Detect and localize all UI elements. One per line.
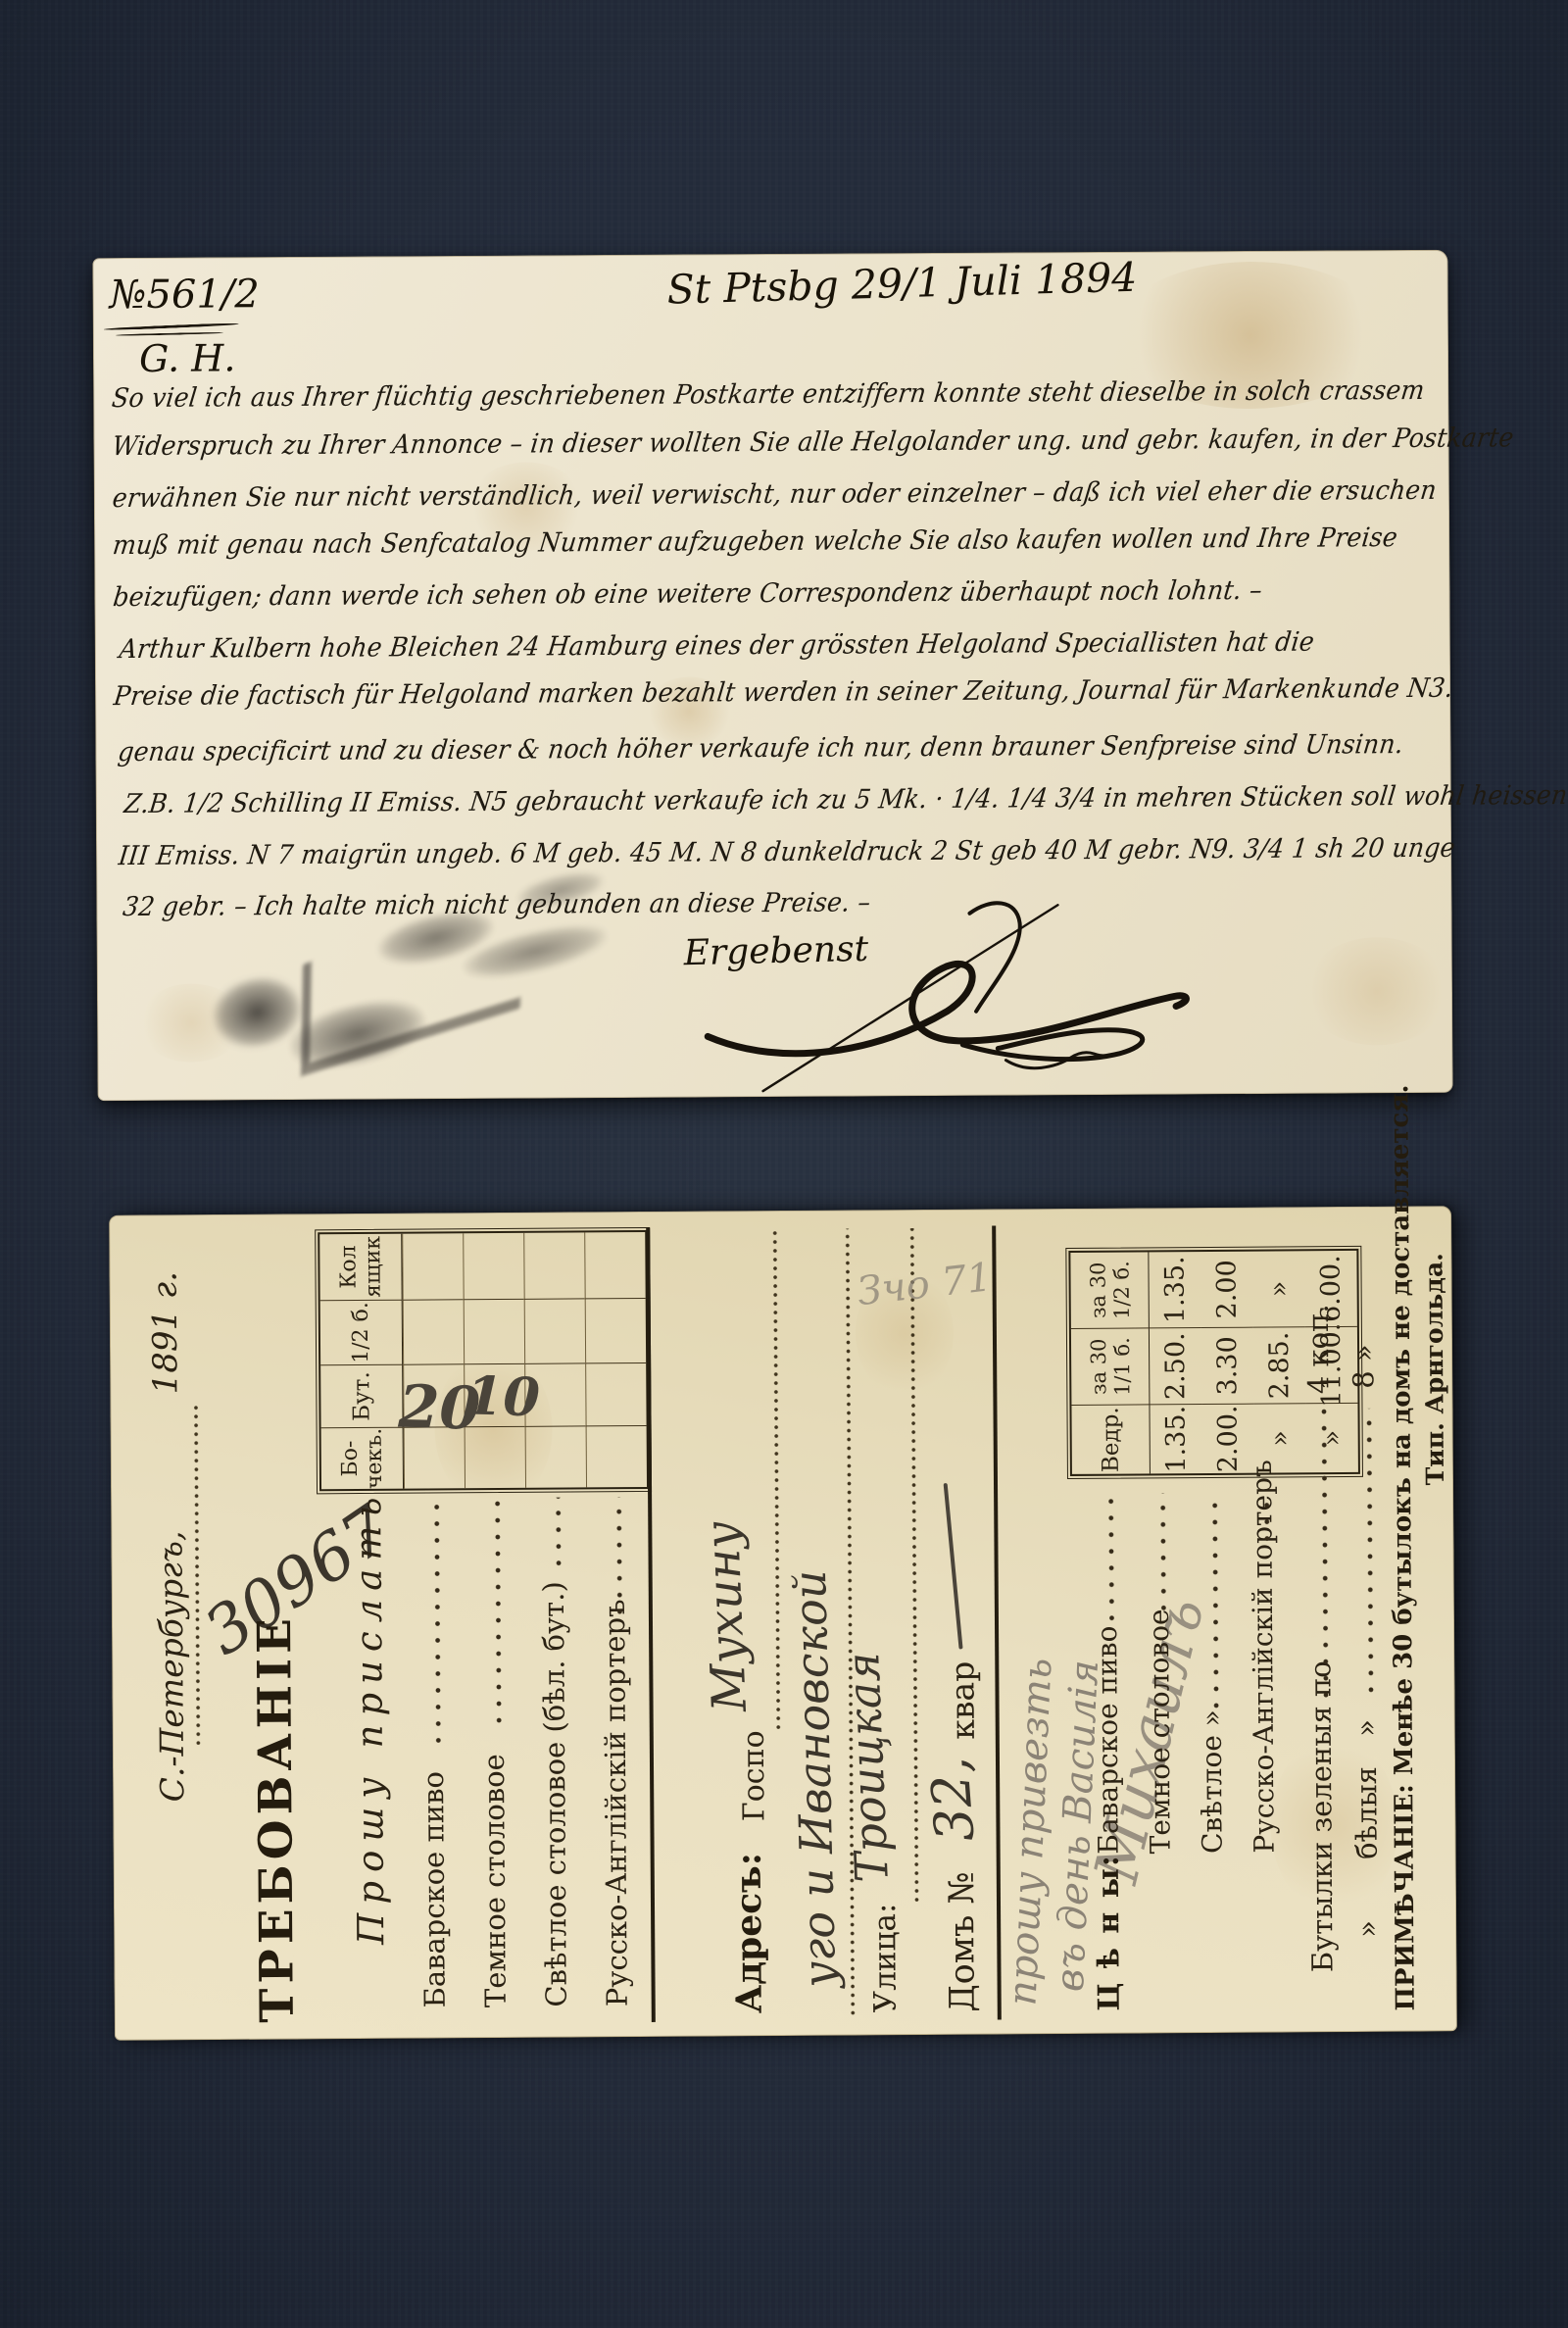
dot-leader bbox=[433, 1498, 442, 1743]
letter-line: So viel ich aus Ihrer flüchtig geschrieb… bbox=[110, 375, 1426, 414]
dot-leader bbox=[1211, 1493, 1220, 1709]
order-cell bbox=[585, 1363, 646, 1426]
order-cell bbox=[463, 1233, 523, 1300]
form-subtitle: Прошу прислать bbox=[347, 1488, 392, 1945]
order-item: Свѣтлое столовое (бѣл. бут.) bbox=[537, 1581, 573, 2007]
dot-leader bbox=[1365, 1409, 1374, 1693]
bottles-line-price: 4 коп. bbox=[1301, 1304, 1336, 1394]
street-handwritten: Троицкая bbox=[836, 1651, 899, 1883]
order-table: Бо- чекъ. Бут. 1/2 б. Кол ящик bbox=[318, 1230, 649, 1491]
salutation: G. H. bbox=[139, 336, 236, 380]
top-postcard: №561/2 G. H. St Ptsbg 29/1 Juli 1894 So … bbox=[92, 250, 1452, 1101]
order-cell bbox=[586, 1426, 647, 1487]
order-item: Темное столовое bbox=[477, 1754, 513, 2007]
bottles-line-label: бѣлыя bbox=[1349, 1766, 1384, 1859]
dateline-dotted-rule bbox=[193, 1402, 200, 1745]
price-cell: 2.50. bbox=[1150, 1328, 1202, 1405]
dateline: St Ptsbg 29/1 Juli 1894 bbox=[666, 254, 1138, 314]
address-prefix: Госпо bbox=[737, 1730, 772, 1821]
price-cell: » bbox=[1305, 1404, 1357, 1472]
price-cell: 3.30 bbox=[1201, 1328, 1254, 1405]
order-table-header: Бо- чекъ. bbox=[321, 1428, 404, 1490]
bottles-line-price: 8 » bbox=[1347, 1344, 1380, 1389]
order-cell bbox=[584, 1232, 645, 1299]
dot-leader bbox=[555, 1498, 562, 1566]
letter-line: III Emiss. N 7 maigrün ungeb. 6 M geb. 4… bbox=[117, 833, 1456, 871]
address-label: Адресъ: bbox=[728, 1853, 770, 2014]
order-cell bbox=[403, 1300, 464, 1364]
price-item: Темное столовое bbox=[1143, 1609, 1177, 1854]
horizontal-rule bbox=[646, 1228, 656, 2022]
ditto-mark: » bbox=[1349, 1719, 1383, 1737]
price-table-header: за 30 1/1 б. bbox=[1071, 1328, 1151, 1406]
order-cell bbox=[464, 1300, 524, 1364]
order-table-header: 1/2 б. bbox=[320, 1301, 403, 1366]
order-cell bbox=[525, 1426, 586, 1487]
dot-leader bbox=[1159, 1493, 1167, 1610]
order-item: Русско-Англійскій портеръ bbox=[598, 1599, 634, 2006]
order-cell bbox=[523, 1232, 584, 1299]
form-title: ТРЕБОВАНІЕ bbox=[248, 1613, 305, 2023]
addressee-handwritten: Мухину bbox=[695, 1520, 758, 1713]
price-cell: » bbox=[1253, 1404, 1305, 1472]
ditto-mark: » bbox=[1350, 1920, 1384, 1938]
dot-leader bbox=[1263, 1493, 1270, 1542]
city-label: С.-Петербургъ, bbox=[151, 1531, 191, 1803]
horizontal-rule bbox=[992, 1225, 1002, 2019]
reference-underline bbox=[104, 322, 239, 331]
order-item: Баварское пиво bbox=[416, 1771, 452, 2008]
street-label: Улица: bbox=[867, 1904, 904, 2013]
ink-blot bbox=[514, 866, 607, 915]
reference-underline bbox=[116, 331, 223, 336]
order-cell bbox=[585, 1299, 646, 1363]
bottles-line-label: Бутылки зеленыя по bbox=[1303, 1660, 1339, 1972]
address-dotted-rule bbox=[772, 1229, 781, 1729]
letter-line: beizufügen; dann werde ich sehen ob eine… bbox=[112, 575, 1264, 613]
price-cell: 2.00. bbox=[1201, 1405, 1253, 1473]
price-cell: 2.00 bbox=[1200, 1252, 1253, 1328]
signature-flourish-icon bbox=[646, 894, 1215, 1094]
address-dotted-rule bbox=[845, 1229, 856, 2015]
price-table-header: за 30 1/2 б. bbox=[1070, 1252, 1150, 1329]
house-label: Домъ № bbox=[943, 1871, 983, 2012]
prices-label: Ц ѣ н ы: bbox=[1092, 1854, 1127, 2011]
dot-leader bbox=[1107, 1494, 1115, 1621]
letter-line: Arthur Kulbern hohe Bleichen 24 Hamburg … bbox=[118, 627, 1316, 665]
order-cell bbox=[402, 1233, 463, 1300]
order-cell bbox=[524, 1299, 585, 1363]
price-cell: » bbox=[1252, 1251, 1305, 1327]
letter-line: Widerspruch zu Ihrer Annonce – in dieser… bbox=[111, 422, 1516, 462]
order-table-header: Кол ящик bbox=[319, 1234, 402, 1302]
apartment-flourish-handwritten bbox=[944, 1483, 963, 1650]
price-table-header: Ведр. bbox=[1071, 1405, 1150, 1474]
year-label: 1891 г. bbox=[145, 1271, 185, 1395]
album-page: №561/2 G. H. St Ptsbg 29/1 Juli 1894 So … bbox=[0, 0, 1568, 2328]
letter-line: genau specificirt und zu dieser & noch h… bbox=[117, 729, 1405, 768]
bottom-postcard-rotated: С.-Петербургъ, 1891 г. 30967 ТРЕБОВАНІЕ … bbox=[109, 1206, 1457, 2041]
price-cell: 1.35. bbox=[1150, 1405, 1201, 1473]
letter-line: muß mit genau nach Senfcatalog Nummer au… bbox=[111, 522, 1398, 561]
price-item: Баварское пиво bbox=[1091, 1625, 1125, 1854]
letter-line: Preise die factisch für Helgoland marken… bbox=[112, 673, 1454, 712]
dot-leader bbox=[494, 1498, 503, 1723]
order-table-header: Бут. bbox=[320, 1365, 403, 1429]
house-number-handwritten: 32, bbox=[918, 1756, 986, 1844]
apartment-label: квар bbox=[943, 1661, 982, 1740]
age-stain bbox=[1303, 937, 1451, 1046]
letter-line: Z.B. 1/2 Schilling II Emiss. N5 gebrauch… bbox=[122, 780, 1568, 819]
reference-number: №561/2 bbox=[109, 272, 259, 318]
footnote: ПРИМѢЧАНІЕ: Менѣе 30 бутылокъ на домъ не… bbox=[1385, 1084, 1421, 2010]
pencil-scribble-handwritten: Зчо 71 bbox=[855, 1255, 994, 1314]
price-item: Свѣтлое » bbox=[1196, 1709, 1229, 1854]
quantity-handwritten: 10 bbox=[465, 1363, 541, 1428]
letter-line: erwähnen Sie nur nicht verständlich, wei… bbox=[111, 475, 1438, 514]
price-cell: 2.85. bbox=[1253, 1327, 1306, 1404]
street-dotted-rule bbox=[909, 1228, 919, 1902]
printer-imprint: Тип. Арнгольда. bbox=[1419, 1253, 1449, 1485]
dot-leader bbox=[615, 1497, 623, 1614]
price-cell: 1.35. bbox=[1149, 1252, 1201, 1328]
address-line2-handwritten: уго и Ивановской bbox=[783, 1569, 846, 1988]
